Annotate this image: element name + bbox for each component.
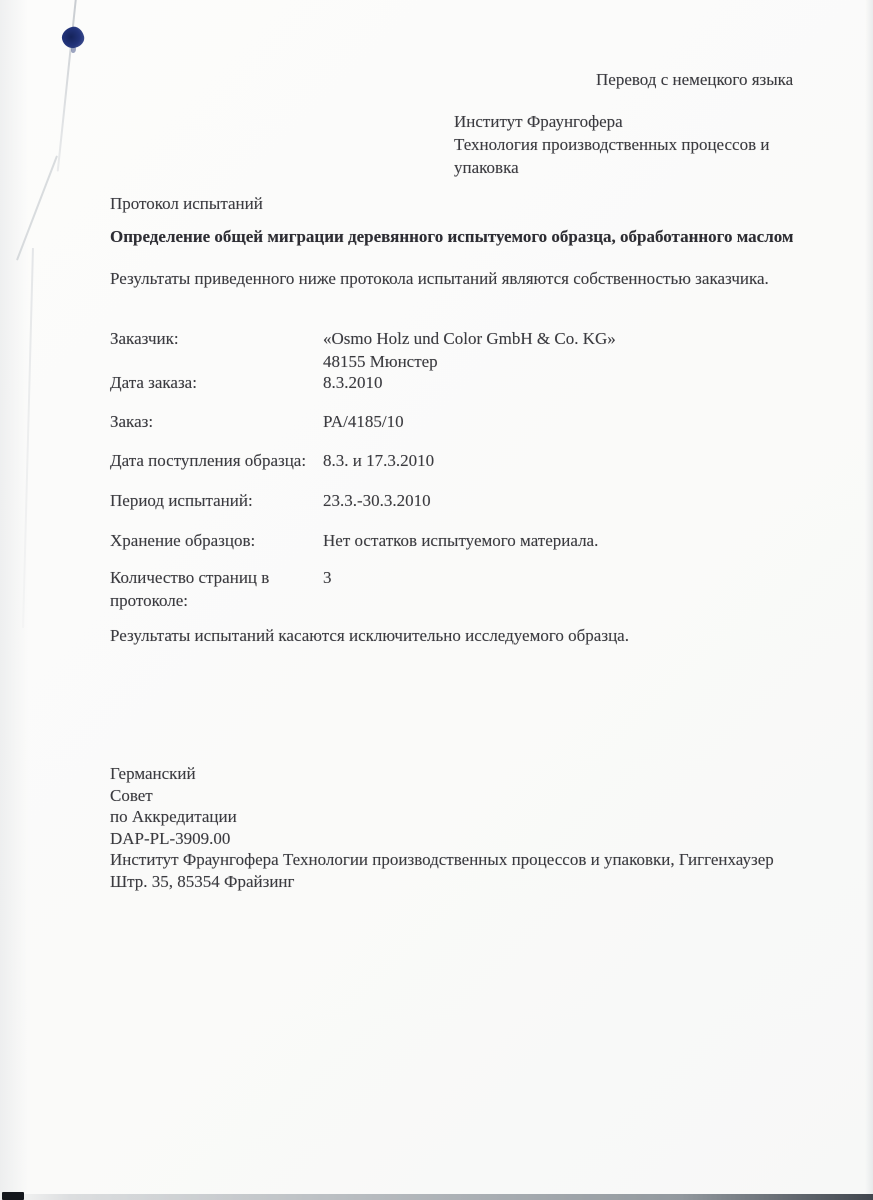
field-label: Дата поступления образца:: [110, 449, 323, 472]
institute-address-line: Штр. 35, 85354 Фрайзинг: [110, 871, 855, 893]
field-value: 8.3.2010: [323, 371, 810, 394]
field-row-order-number: Заказ: PA/4185/10: [110, 410, 810, 433]
accreditation-line: Совет: [110, 785, 855, 807]
field-row-sample-storage: Хранение образцов: Нет остатков испытуем…: [110, 529, 810, 552]
protocol-label: Протокол испытаний: [110, 194, 263, 214]
customer-name: «Osmo Holz und Color GmbH & Co. KG»: [323, 327, 810, 350]
accreditation-line: Германский: [110, 763, 855, 785]
accreditation-number: DAP-PL-3909.00: [110, 828, 855, 850]
institute-name: Институт Фраунгофера: [454, 110, 804, 133]
field-label: Заказчик:: [110, 327, 323, 350]
document-title: Определение общей миграции деревянного и…: [110, 227, 855, 247]
field-row-order-date: Дата заказа: 8.3.2010: [110, 371, 810, 394]
scan-right-edge-shadow: [865, 0, 873, 1200]
translation-note: Перевод с немецкого языка: [596, 70, 793, 90]
scan-edge-artifact: [0, 1194, 873, 1200]
field-row-page-count: Количество страниц в протоколе: 3: [110, 566, 810, 612]
customer-city: 48155 Мюнстер: [323, 350, 810, 373]
ownership-note: Результаты приведенного ниже протокола и…: [110, 269, 855, 289]
footer-accreditation-block: Германский Совет по Аккредитации DAP-PL-…: [110, 763, 855, 892]
field-value: PA/4185/10: [323, 410, 810, 433]
field-row-sample-received: Дата поступления образца: 8.3. и 17.3.20…: [110, 449, 810, 472]
field-value: Нет остатков испытуемого материала.: [323, 529, 810, 552]
ink-blot-artifact: [71, 46, 76, 53]
field-value: 8.3. и 17.3.2010: [323, 449, 810, 472]
field-row-customer: Заказчик: «Osmo Holz und Color GmbH & Co…: [110, 327, 810, 373]
field-value: 3: [323, 566, 810, 589]
field-label: Период испытаний:: [110, 489, 323, 512]
scope-note: Результаты испытаний касаются исключител…: [110, 626, 855, 646]
institute-address-line: Институт Фраунгофера Технологии производ…: [110, 849, 855, 871]
accreditation-line: по Аккредитации: [110, 806, 855, 828]
field-label: Количество страниц в протоколе:: [110, 566, 323, 612]
institute-department: упаковка: [454, 156, 804, 179]
field-row-test-period: Период испытаний: 23.3.-30.3.2010: [110, 489, 810, 512]
field-label: Заказ:: [110, 410, 323, 433]
institute-address-block: Институт Фраунгофера Технология производ…: [454, 110, 804, 179]
field-value: «Osmo Holz und Color GmbH & Co. KG» 4815…: [323, 327, 810, 373]
field-label: Дата заказа:: [110, 371, 323, 394]
field-label: Хранение образцов:: [110, 529, 323, 552]
scan-corner-mark: [2, 1192, 24, 1200]
scanned-document-page: Перевод с немецкого языка Институт Фраун…: [0, 0, 873, 1200]
field-value: 23.3.-30.3.2010: [323, 489, 810, 512]
institute-department: Технология производственных процессов и: [454, 133, 804, 156]
